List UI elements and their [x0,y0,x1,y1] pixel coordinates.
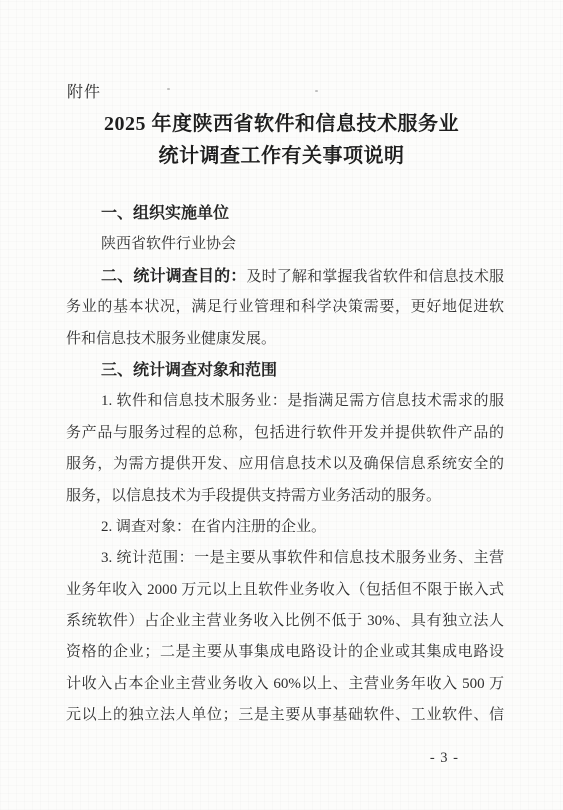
document-body: 一、组织实施单位陕西省软件行业协会二、统计调查目的：及时了解和掌握我省软件和信息… [66,198,504,732]
scan-speck [167,88,170,90]
body-text: 资格的企业；二是主要从事集成电路设计的企业或其集成电路设 [66,644,504,660]
body-text: 务业的基本状况，满足行业管理和科学决策需要，更好地促进软 [66,299,504,315]
scan-speck [315,90,318,92]
body-text: 计收入占本企业主营业务收入 60%以上、主营业务年收入 500 万 [66,676,504,692]
body-text: 系统软件）占企业主营业务收入比例不低于 30%、具有独立法人 [66,613,504,629]
body-line: 1. 软件和信息技术服务业：是指满足需方信息技术需求的服 [66,386,504,417]
body-text: 3. 统计范围：一是主要从事软件和信息技术服务业务、主营 [101,550,504,566]
body-line: 服务，以信息技术为手段提供支持需方业务活动的服务。 [66,481,504,512]
body-line: 件和信息技术服务业健康发展。 [66,324,504,355]
body-line: 务产品与服务过程的总称，包括进行软件开发并提供软件产品的 [66,418,504,449]
body-text: 元以上的独立法人单位；三是主要从事基础软件、工业软件、信 [66,707,504,723]
body-line: 陕西省软件行业协会 [66,229,504,260]
page-number: - 3 - [430,750,459,767]
body-line: 服务，为需方提供开发、应用信息技术以及确保信息系统安全的 [66,449,504,480]
body-line: 元以上的独立法人单位；三是主要从事基础软件、工业软件、信 [66,700,504,731]
section-heading-text: 一、组织实施单位 [101,205,229,222]
body-text: 服务，以信息技术为手段提供支持需方业务活动的服务。 [66,488,441,504]
attachment-label: 附件 [67,79,101,102]
body-text: 及时了解和掌握我省软件和信息技术服 [246,269,504,285]
body-line: 系统软件）占企业主营业务收入比例不低于 30%、具有独立法人 [66,606,504,637]
section-heading-text: 三、统计调查对象和范围 [101,362,277,379]
body-text: 1. 软件和信息技术服务业：是指满足需方信息技术需求的服 [101,393,504,409]
section-heading-text: 二、统计调查目的： [101,268,246,285]
document-title: 2025 年度陕西省软件和信息技术服务业 统计调查工作有关事项说明 [0,108,563,172]
body-line: 务业的基本状况，满足行业管理和科学决策需要，更好地促进软 [66,292,504,323]
body-text: 服务，为需方提供开发、应用信息技术以及确保信息系统安全的 [66,456,504,472]
body-text: 陕西省软件行业协会 [101,236,236,252]
document-page: 附件 2025 年度陕西省软件和信息技术服务业 统计调查工作有关事项说明 一、组… [0,0,563,810]
body-text: 件和信息技术服务业健康发展。 [66,331,276,347]
body-line: 业务年收入 2000 万元以上且软件业务收入（包括但不限于嵌入式 [66,575,504,606]
body-text: 业务年收入 2000 万元以上且软件业务收入（包括但不限于嵌入式 [66,582,504,598]
body-line: 计收入占本企业主营业务收入 60%以上、主营业务年收入 500 万 [66,669,504,700]
body-text: 务产品与服务过程的总称，包括进行软件开发并提供软件产品的 [66,425,504,441]
body-line: 三、统计调查对象和范围 [66,355,504,386]
body-line: 3. 统计范围：一是主要从事软件和信息技术服务业务、主营 [66,543,504,574]
document-title-line-1: 2025 年度陕西省软件和信息技术服务业 [0,108,563,140]
body-text: 2. 调查对象：在省内注册的企业。 [101,519,326,535]
body-line: 2. 调查对象：在省内注册的企业。 [66,512,504,543]
body-line: 资格的企业；二是主要从事集成电路设计的企业或其集成电路设 [66,637,504,668]
document-title-line-2: 统计调查工作有关事项说明 [0,140,563,172]
body-line: 二、统计调查目的：及时了解和掌握我省软件和信息技术服 [66,261,504,292]
body-line: 一、组织实施单位 [66,198,504,229]
